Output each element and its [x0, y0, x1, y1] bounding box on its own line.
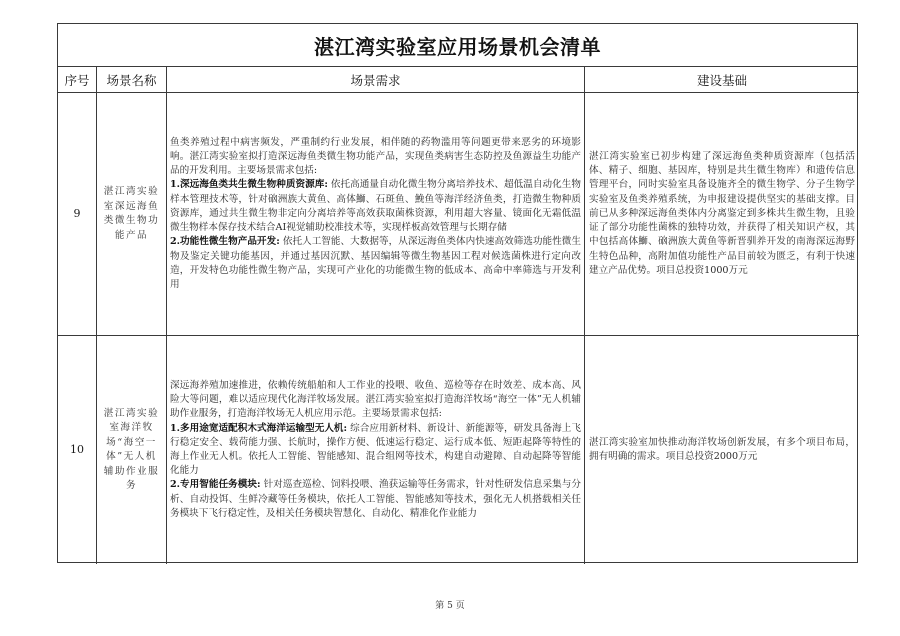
row-9-requirement: 鱼类养殖过程中病害频发，严重制约行业发展，相伴随的药物滥用等问题更带来恶劣的环境… [167, 93, 585, 336]
row-9-requirement-item-2: 2.功能性微生物产品开发: 依托人工智能、大数据等，从深远海鱼类体内快速高效筛选… [170, 235, 581, 292]
header-scenario-requirement: 场景需求 [167, 67, 585, 93]
document-title: 湛江湾实验室应用场景机会清单 [58, 24, 857, 67]
row-10-requirement: 深远海养殖加速推进，依赖传统船舶和人工作业的投喂、收鱼、巡检等存在时效差、成本高… [167, 336, 585, 564]
page-number: 第 5 页 [0, 598, 900, 611]
row-10-requirement-intro: 深远海养殖加速推进，依赖传统船舶和人工作业的投喂、收鱼、巡检等存在时效差、成本高… [170, 379, 581, 422]
header-scenario-name: 场景名称 [97, 67, 167, 93]
row-10-foundation-text: 湛江湾实验室加快推动海洋牧场创新发展，有多个项目布局，拥有明确的需求。项目总投资… [589, 436, 855, 464]
row-10-requirement-item-1: 1.多用途宽适配积木式海洋运输型无人机: 综合应用新材料、新设计、新能源等，研发… [170, 422, 581, 479]
row-9-foundation-text: 湛江湾实验室已初步构建了深远海鱼类种质资源库（包括活体、精子、细胞、基因库，特别… [589, 150, 855, 278]
row-9-foundation: 湛江湾实验室已初步构建了深远海鱼类种质资源库（包括活体、精子、细胞、基因库，特别… [585, 93, 859, 336]
row-9-scenario-name: 湛江湾实验室深远海鱼类微生物功能产品 [97, 93, 167, 336]
row-10-foundation: 湛江湾实验室加快推动海洋牧场创新发展，有多个项目布局，拥有明确的需求。项目总投资… [585, 336, 859, 564]
row-10-number: 10 [58, 336, 97, 564]
row-9-number: 9 [58, 93, 97, 336]
item-heading: 2.专用智能任务模块: [170, 479, 261, 490]
row-9-requirement-item-1: 1.深远海鱼类共生微生物种质资源库: 依托高通量自动化微生物分离培养技术、超低温… [170, 178, 581, 235]
item-heading: 1.多用途宽适配积木式海洋运输型无人机: [170, 423, 347, 434]
item-heading: 1.深远海鱼类共生微生物种质资源库: [170, 179, 328, 190]
header-serial-number: 序号 [58, 67, 97, 93]
row-10-scenario-name: 湛江湾实验室海洋牧场“海空一体”无人机辅助作业服务 [97, 336, 167, 564]
row-9-requirement-intro: 鱼类养殖过程中病害频发，严重制约行业发展，相伴随的药物滥用等问题更带来恶劣的环境… [170, 136, 581, 179]
header-construction-foundation: 建设基础 [585, 67, 859, 93]
item-heading: 2.功能性微生物产品开发: [170, 236, 280, 247]
opportunity-table: 湛江湾实验室应用场景机会清单 序号 场景名称 场景需求 建设基础 9 湛江湾实验… [57, 23, 858, 563]
row-10-requirement-item-2: 2.专用智能任务模块: 针对巡查巡检、饲料投喂、渔获运输等任务需求，针对性研发信… [170, 478, 581, 521]
